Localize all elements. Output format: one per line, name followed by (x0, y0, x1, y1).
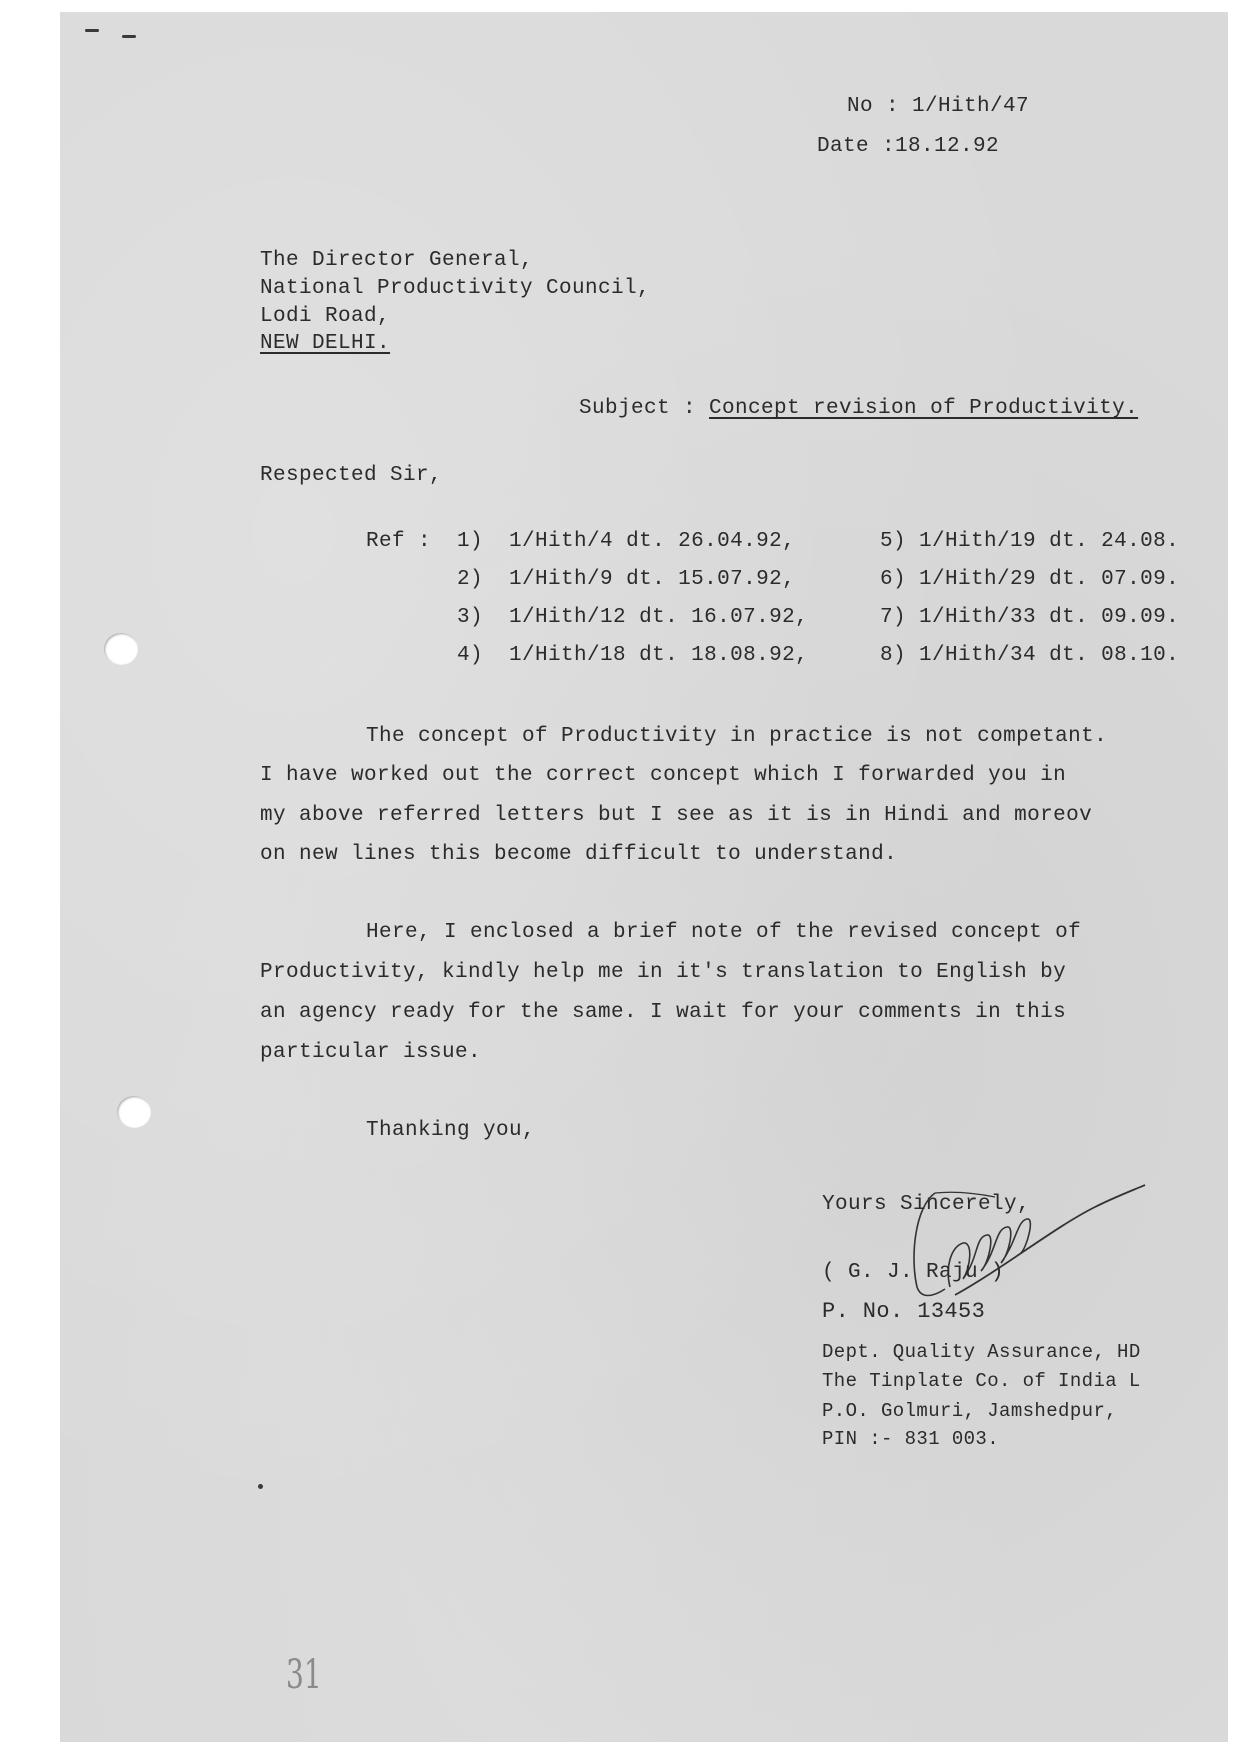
reference-code: 1/Hith/29 (919, 568, 1036, 591)
addressee-line: Lodi Road, (260, 305, 390, 328)
reference-dt-label: dt. (639, 606, 678, 629)
reference-date: 26.04.92, (678, 530, 795, 553)
reference-item: 3) 1/Hith/12 dt. 16.07.92, (457, 606, 808, 629)
reference-number: 5) (880, 530, 906, 553)
address-line: The Tinplate Co. of India L (822, 1370, 1141, 1392)
reference-code: 1/Hith/4 (509, 530, 613, 553)
ink-smudge (122, 35, 136, 38)
punch-hole (117, 1096, 151, 1128)
paragraph-line: Productivity, kindly help me in it's tra… (260, 961, 1066, 984)
reference-number: 6) (880, 568, 906, 591)
personnel-number: P. No. 13453 (822, 1299, 985, 1324)
reference-date: 16.07.92, (691, 606, 808, 629)
reference-dt-label: dt. (1049, 644, 1088, 667)
reference-number: 7) (880, 606, 906, 629)
reference-code: 1/Hith/18 (509, 644, 626, 667)
reference-number-label: No (847, 95, 873, 118)
addressee-line: National Productivity Council, (260, 277, 650, 300)
closing-line: Thanking you, (366, 1119, 535, 1142)
paragraph-line: Here, I enclosed a brief note of the rev… (366, 921, 1081, 944)
reference-code: 1/Hith/34 (919, 644, 1036, 667)
reference-code: 1/Hith/9 (509, 568, 613, 591)
punch-hole (104, 633, 138, 665)
reference-dt-label: dt. (639, 644, 678, 667)
paragraph-line: The concept of Productivity in practice … (366, 725, 1107, 748)
address-line: PIN :- 831 003. (822, 1428, 999, 1450)
reference-number: 1) (457, 530, 483, 553)
reference-item: 2) 1/Hith/9 dt. 15.07.92, (457, 568, 795, 591)
address-line: P.O. Golmuri, Jamshedpur, (822, 1400, 1117, 1422)
letter-date-value: 18.12.92 (895, 135, 999, 158)
paragraph-line: I have worked out the correct concept wh… (260, 764, 1066, 787)
reference-date: 18.08.92, (691, 644, 808, 667)
ink-dot (258, 1484, 263, 1489)
reference-number: No : 1/Hith/47 (847, 95, 1029, 118)
handwritten-signature (855, 1167, 1155, 1307)
reference-code: 1/Hith/12 (509, 606, 626, 629)
reference-date: 24.08. (1101, 530, 1179, 553)
letter-date-label: Date (817, 135, 869, 158)
addressee-line: NEW DELHI. (260, 332, 390, 355)
addressee-line: The Director General, (260, 249, 533, 272)
reference-code: 1/Hith/33 (919, 606, 1036, 629)
reference-number: 8) (880, 644, 906, 667)
reference-number: 2) (457, 568, 483, 591)
reference-date: 07.09. (1101, 568, 1179, 591)
reference-number-value: 1/Hith/47 (912, 95, 1029, 118)
signatory-name: ( G. J. Raju ) (822, 1261, 1004, 1284)
reference-dt-label: dt. (1049, 606, 1088, 629)
paragraph-line: particular issue. (260, 1041, 481, 1064)
subject-value: Concept revision of Productivity. (709, 397, 1138, 420)
reference-item: 6) 1/Hith/29 dt. 07.09. (880, 568, 1179, 591)
reference-item: 7) 1/Hith/33 dt. 09.09. (880, 606, 1179, 629)
reference-number: 3) (457, 606, 483, 629)
subject-label: Subject (579, 397, 670, 420)
reference-number: 4) (457, 644, 483, 667)
paragraph-line: my above referred letters but I see as i… (260, 804, 1092, 827)
paragraph-line: on new lines this become difficult to un… (260, 843, 897, 866)
reference-item: 8) 1/Hith/34 dt. 08.10. (880, 644, 1179, 667)
scanned-letter-page: No : 1/Hith/47 Date :18.12.92 The Direct… (60, 12, 1228, 1742)
reference-date: 15.07.92, (678, 568, 795, 591)
ink-smudge (85, 29, 99, 32)
reference-dt-label: dt. (626, 568, 665, 591)
paragraph-line: an agency ready for the same. I wait for… (260, 1001, 1066, 1024)
reference-dt-label: dt. (1049, 530, 1088, 553)
reference-dt-label: dt. (1049, 568, 1088, 591)
reference-item: 5) 1/Hith/19 dt. 24.08. (880, 530, 1179, 553)
reference-date: 08.10. (1101, 644, 1179, 667)
reference-date: 09.09. (1101, 606, 1179, 629)
reference-dt-label: dt. (626, 530, 665, 553)
address-line: Dept. Quality Assurance, HD (822, 1341, 1141, 1363)
salutation: Respected Sir, (260, 464, 442, 487)
ref-label: Ref : (366, 530, 431, 553)
letter-date: Date :18.12.92 (817, 135, 999, 158)
handwritten-page-number: 31 (286, 1652, 322, 1698)
subject-line: Subject : Concept revision of Productivi… (579, 397, 1138, 420)
reference-item: 1) 1/Hith/4 dt. 26.04.92, (457, 530, 795, 553)
reference-code: 1/Hith/19 (919, 530, 1036, 553)
reference-item: 4) 1/Hith/18 dt. 18.08.92, (457, 644, 808, 667)
